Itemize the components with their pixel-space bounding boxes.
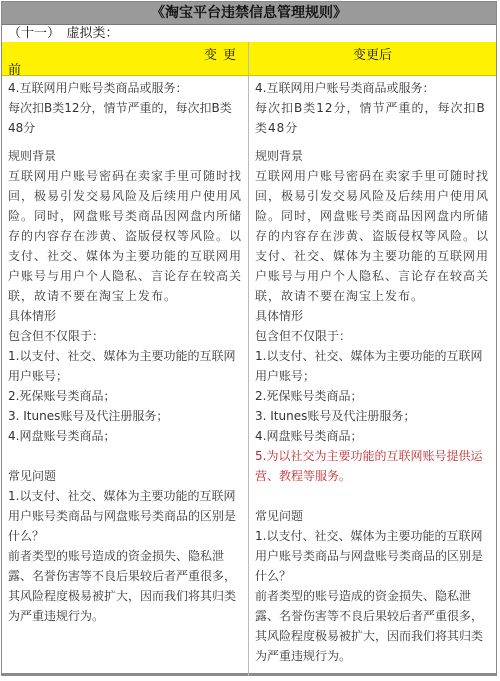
rules-comparison-table: 《淘宝平台违禁信息管理规则》 （十一） 虚拟类： 变更 前 变更后 4.互联网用… <box>1 1 497 676</box>
header-before-label-part2: 前 <box>8 59 21 78</box>
case-item: 3. Itunes账号及代注册服务； <box>255 406 492 426</box>
column-header-before: 变更 前 <box>2 42 249 75</box>
background-label: 规则背景 <box>255 146 492 166</box>
case-item: 1.以支付、社交、媒体为主要功能的互联网用户账号； <box>255 346 492 386</box>
cases-label: 具体情形 <box>8 306 244 326</box>
penalty-text: 每次扣B类12分，情节严重的，每次扣B类48分 <box>255 98 492 138</box>
case-item: 3. Itunes账号及代注册服务； <box>8 406 244 426</box>
column-header-row: 变更 前 变更后 <box>2 42 496 76</box>
cases-label: 具体情形 <box>255 306 492 326</box>
new-case-highlight: 5.为以社交为主要功能的互联网账号提供运营、教程等服务。 <box>255 446 492 486</box>
background-label: 规则背景 <box>8 146 244 166</box>
document-title: 《淘宝平台违禁信息管理规则》 <box>2 2 496 25</box>
cases-intro: 包含但不仅限于： <box>8 326 244 346</box>
before-column: 4.互联网用户账号类商品或服务： 每次扣B类12分，情节严重的，每次扣B类48分… <box>2 76 249 676</box>
case-item: 2.死保账号类商品； <box>8 386 244 406</box>
after-column: 4.互联网用户账号类商品或服务： 每次扣B类12分，情节严重的，每次扣B类48分… <box>249 76 496 676</box>
faq-answer: 前者类型的账号造成的资金损失、隐私泄露、名誉伤害等不良后果较后者严重很多，其风险… <box>255 586 492 666</box>
case-item: 4.网盘账号类商品； <box>8 426 244 446</box>
section-heading: （十一） 虚拟类： <box>2 25 496 42</box>
case-item: 2.死保账号类商品； <box>255 386 492 406</box>
case-item: 4.网盘账号类商品； <box>255 426 492 446</box>
comparison-body: 4.互联网用户账号类商品或服务： 每次扣B类12分，情节严重的，每次扣B类48分… <box>2 76 496 676</box>
case-item: 1.以支付、社交、媒体为主要功能的互联网用户账号； <box>8 346 244 386</box>
item-title: 4.互联网用户账号类商品或服务： <box>255 78 492 98</box>
penalty-text: 每次扣B类12分，情节严重的，每次扣B类48分 <box>8 98 244 138</box>
faq-question: 1.以支付、社交、媒体为主要功能的互联网用户账号类商品与网盘账号类商品的区别是什… <box>8 486 244 546</box>
item-title: 4.互联网用户账号类商品或服务： <box>8 78 244 98</box>
header-before-label-part1: 变更 <box>204 44 242 63</box>
faq-answer: 前者类型的账号造成的资金损失、隐私泄露、名誉伤害等不良后果较后者严重很多，其风险… <box>8 546 244 626</box>
faq-label: 常见问题 <box>255 506 492 526</box>
background-text: 互联网用户账号密码在卖家手里可随时找回，极易引发交易风险及后续用户使用风险。同时… <box>8 166 244 306</box>
faq-label: 常见问题 <box>8 466 244 486</box>
faq-question: 1.以支付、社交、媒体为主要功能的互联网用户账号类商品与网盘账号类商品的区别是什… <box>255 526 492 586</box>
cases-intro: 包含但不仅限于： <box>255 326 492 346</box>
background-text: 互联网用户账号密码在卖家手里可随时找回，极易引发交易风险及后续用户使用风险。同时… <box>255 166 492 306</box>
column-header-after: 变更后 <box>249 42 496 75</box>
